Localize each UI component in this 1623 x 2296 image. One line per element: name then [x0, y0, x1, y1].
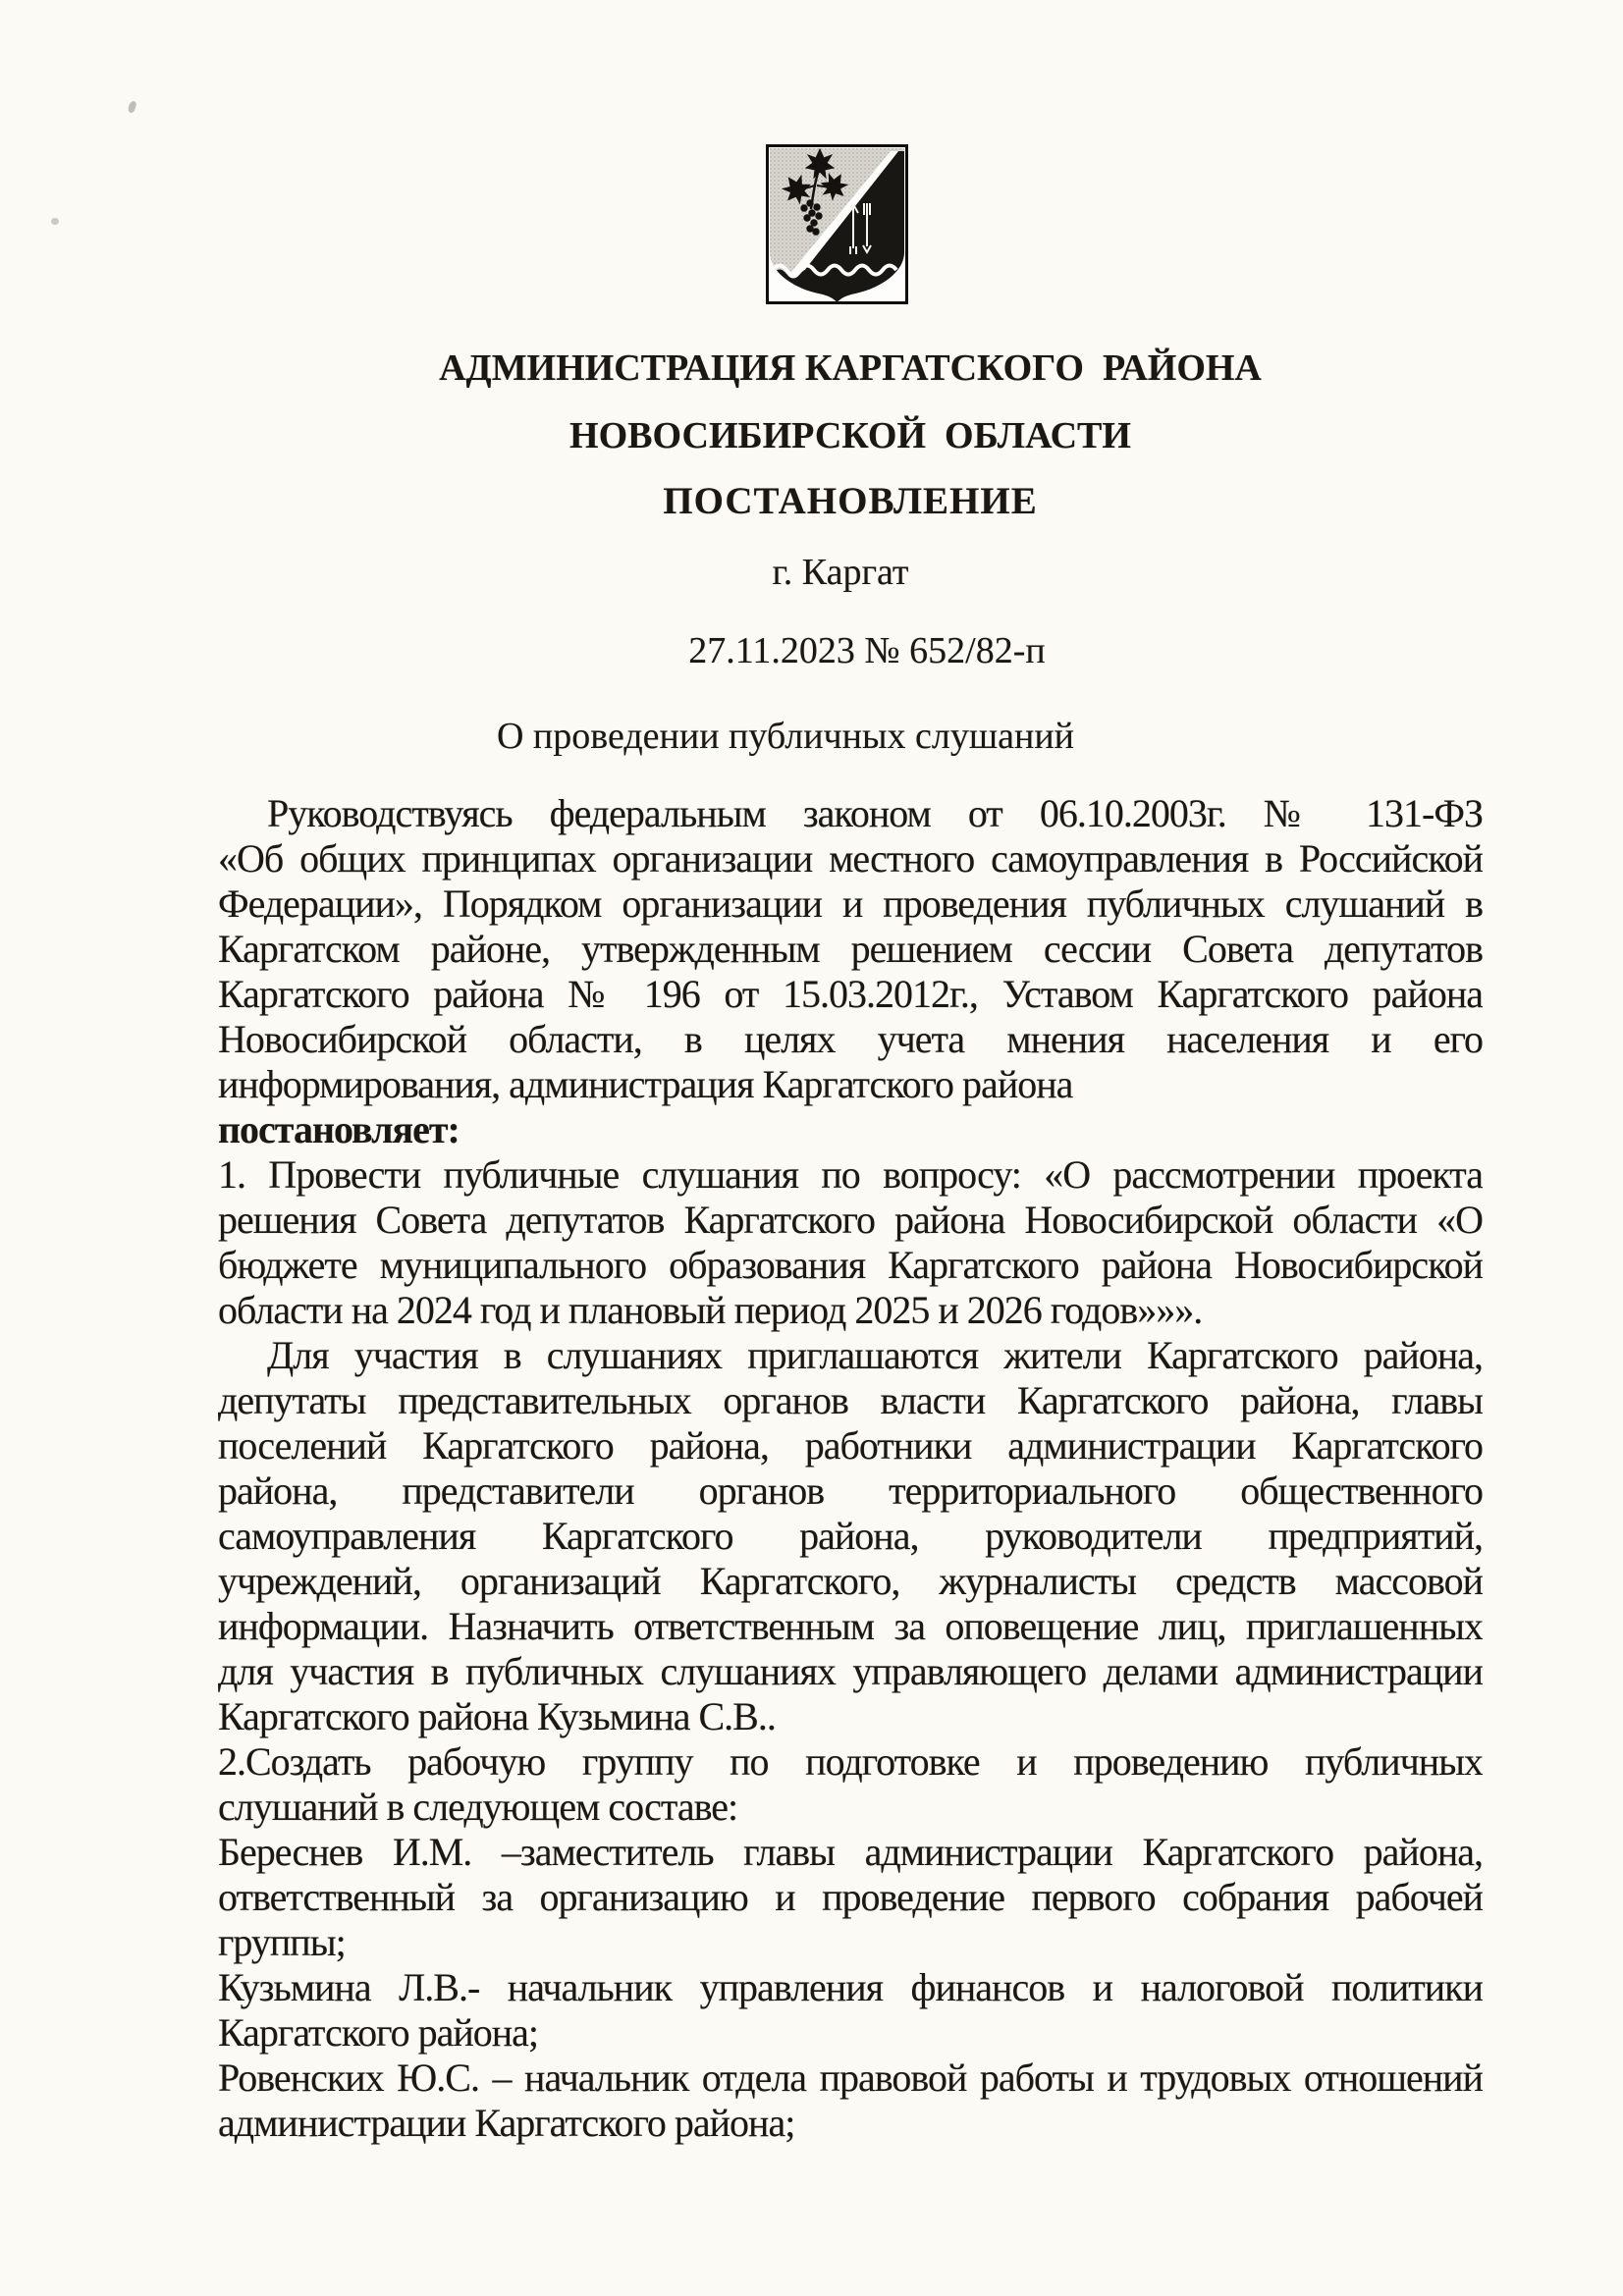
- body-text-line: области на 2024 год и плановый период 20…: [218, 1288, 1483, 1333]
- body-text-line: информирования, администрация Каргатског…: [218, 1062, 1483, 1107]
- body-text-line: для участия в публичных слушаниях управл…: [218, 1649, 1483, 1694]
- scan-speck: [127, 100, 136, 114]
- body-text-line: ответственный за организацию и проведени…: [218, 1875, 1483, 1920]
- body-text-line: самоуправления Каргатского района, руков…: [218, 1514, 1483, 1559]
- body-text-line: Каргатского района № 196 от 15.03.2012г.…: [218, 972, 1483, 1017]
- body-text-line: постановляет:: [218, 1107, 1483, 1152]
- body-text-line: Ровенских Ю.С. – начальник отдела правов…: [218, 2056, 1483, 2101]
- body-text-line: Береснев И.М. –заместитель главы админис…: [218, 1830, 1483, 1875]
- organization-name-line1: АДМИНИСТРАЦИЯ КАРГАТСКОГО РАЙОНА: [218, 347, 1483, 390]
- body-text-line: учреждений, организаций Каргатского, жур…: [218, 1559, 1483, 1604]
- body-text-line: бюджете муниципального образования Карга…: [218, 1243, 1483, 1288]
- body-text-line: депутаты представительных органов власти…: [218, 1378, 1483, 1423]
- scanned-document-page: АДМИНИСТРАЦИЯ КАРГАТСКОГО РАЙОНА НОВОСИБ…: [0, 0, 1623, 2296]
- organization-name-line2: НОВОСИБИРСКОЙ ОБЛАСТИ: [218, 414, 1483, 457]
- body-text-line: 1. Провести публичные слушания по вопрос…: [218, 1152, 1483, 1198]
- place-line: г. Каргат: [208, 551, 1473, 594]
- document-content: АДМИНИСТРАЦИЯ КАРГАТСКОГО РАЙОНА НОВОСИБ…: [218, 0, 1483, 2296]
- body-text-line: администрации Каргатского района;: [218, 2101, 1483, 2146]
- body-text-line: слушаний в следующем составе:: [218, 1785, 1483, 1830]
- body-text-line: 2.Создать рабочую группу по подготовке и…: [218, 1739, 1483, 1785]
- scan-speck: [51, 218, 59, 225]
- subject-line: О проведении публичных слушаний: [153, 715, 1418, 758]
- body-text-line: района, представители органов территориа…: [218, 1468, 1483, 1514]
- document-type-title: ПОСТАНОВЛЕНИЕ: [218, 479, 1483, 523]
- body-text-line: «Об общих принципах организации местного…: [218, 836, 1483, 881]
- body-text-line: решения Совета депутатов Каргатского рай…: [218, 1198, 1483, 1243]
- body-text-line: Для участия в слушаниях приглашаются жит…: [218, 1333, 1483, 1378]
- body-text-line: информации. Назначить ответственным за о…: [218, 1604, 1483, 1649]
- body-text-line: Каргатского района Кузьмина С.В..: [218, 1694, 1483, 1739]
- body-text-line: Кузьмина Л.В.- начальник управления фина…: [218, 1965, 1483, 2010]
- body-text-line: Каргатского района;: [218, 2010, 1483, 2056]
- document-body: Руководствуясь федеральным законом от 06…: [218, 791, 1483, 2146]
- body-text-line: Каргатском районе, утвержденным решением…: [218, 927, 1483, 972]
- date-and-number-line: 27.11.2023 № 652/82-п: [235, 629, 1499, 672]
- body-text-line: группы;: [218, 1920, 1483, 1965]
- body-text-line: поселений Каргатского района, работники …: [218, 1423, 1483, 1468]
- body-text-line: Федерации», Порядком организации и прове…: [218, 881, 1483, 927]
- body-text-line: Новосибирской области, в целях учета мне…: [218, 1017, 1483, 1062]
- body-text-line: Руководствуясь федеральным законом от 06…: [218, 791, 1483, 836]
